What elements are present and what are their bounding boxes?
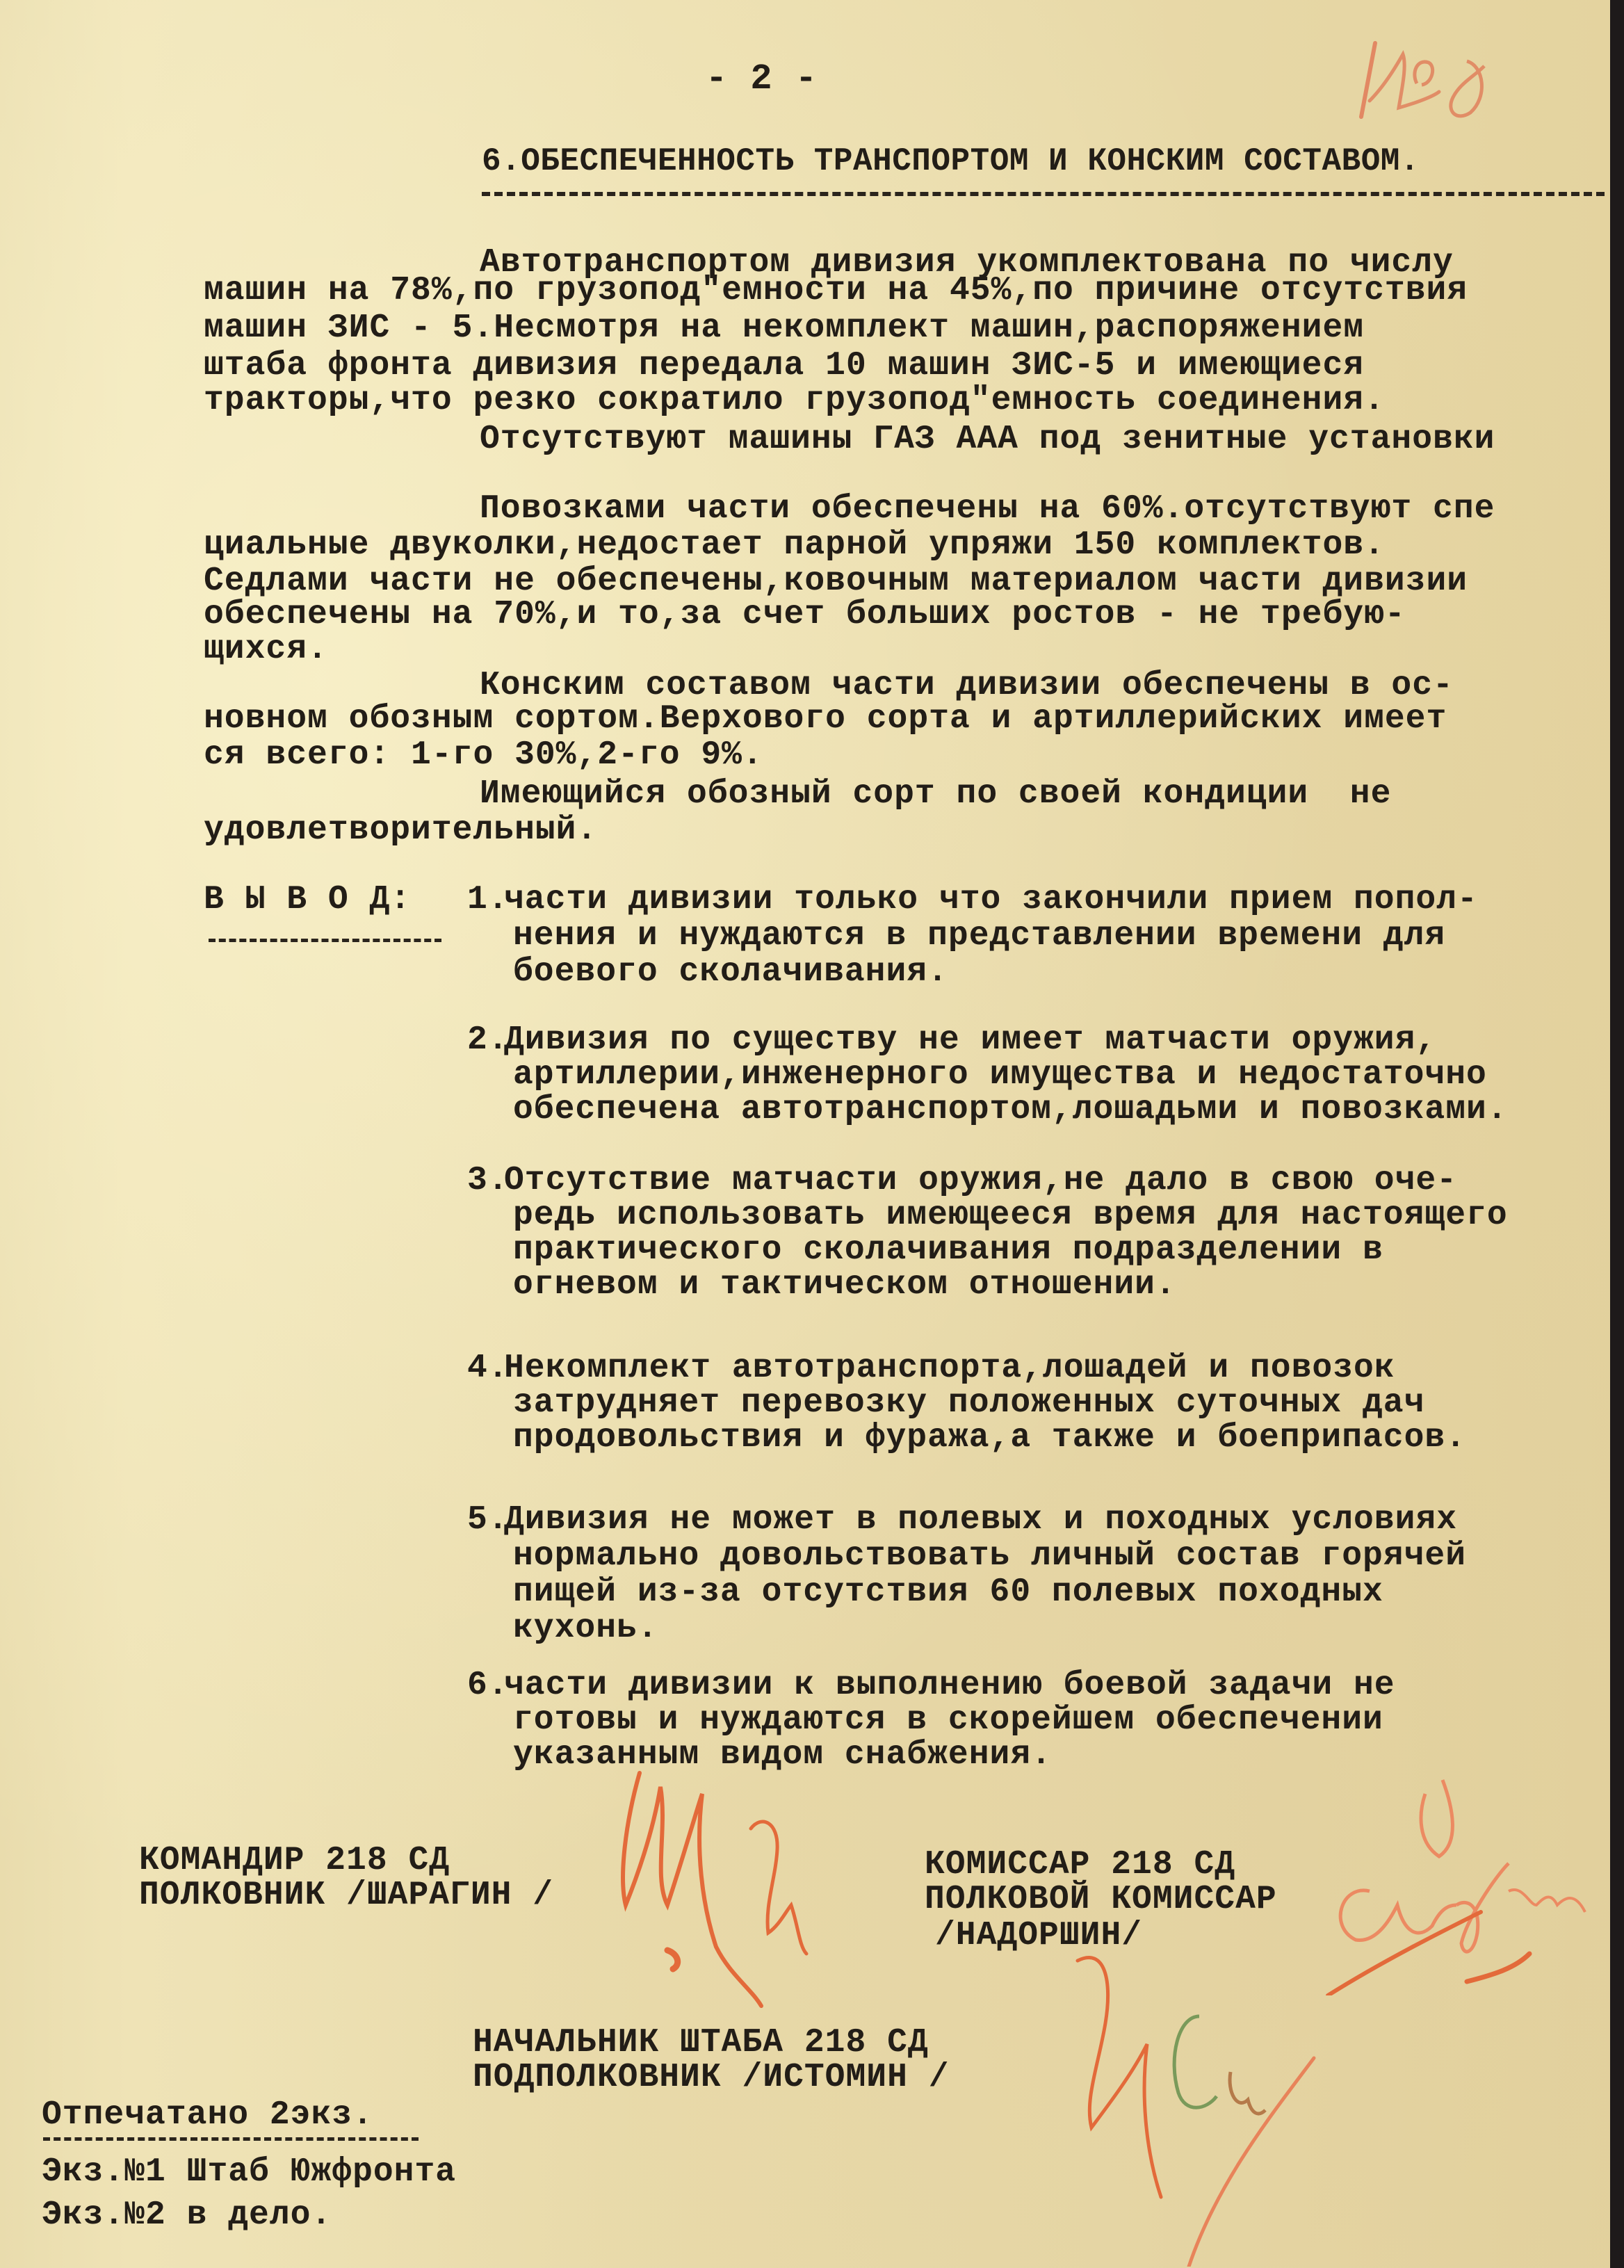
conclusion-item-line: артиллерии,инженерного имущества и недос… xyxy=(513,1057,1487,1093)
printed-copies-underline xyxy=(43,2137,419,2141)
paragraph-line: щихся. xyxy=(204,631,328,667)
archive-sheet-number-handwritten: 100 xyxy=(1335,35,1495,125)
chief-of-staff-rank-name: ПОДПОЛКОВНИК /ИСТОМИН / xyxy=(473,2059,950,2096)
section-heading: 6.ОБЕСПЕЧЕННОСТЬ ТРАНСПОРТОМ И КОНСКИМ С… xyxy=(482,143,1420,179)
conclusion-item-line: нормально довольствовать личный состав г… xyxy=(513,1538,1466,1574)
conclusion-item-line: затрудняет перевозку положенных суточных… xyxy=(513,1385,1424,1421)
commissar-title: КОМИССАР 218 СД xyxy=(925,1847,1235,1883)
paragraph-line: Седлами части не обеспечены,ковочным мат… xyxy=(204,563,1468,599)
conclusion-item-line: боевого сколачивания. xyxy=(513,954,948,990)
paragraph-line: обеспечены на 70%,и то,за счет больших р… xyxy=(204,597,1406,633)
conclusion-item-line: редь использовать имеющееся время для на… xyxy=(513,1197,1508,1233)
conclusion-item-number: 3. xyxy=(467,1163,509,1199)
printed-copies: Отпечатано 2экз. xyxy=(42,2097,373,2133)
paragraph-line: новном обозным сортом.Верхового сорта и … xyxy=(204,701,1447,737)
conclusion-item-line: готовы и нуждаются в скорейшем обеспечен… xyxy=(513,1702,1383,1738)
distribution-copy: Экз.№2 в дело. xyxy=(42,2197,332,2233)
paragraph-line: машин ЗИС - 5.Несмотря на некомплект маш… xyxy=(204,310,1364,346)
conclusion-label-underline xyxy=(209,939,441,942)
commander-rank-name: ПОЛКОВНИК /ШАРАГИН / xyxy=(139,1877,553,1913)
page-number: - 2 - xyxy=(706,61,818,97)
conclusion-item-line: практического сколачивания подразделении… xyxy=(513,1232,1383,1268)
chief-of-staff-signature xyxy=(1008,1919,1370,2267)
paragraph-line: Отсутствуют машины ГАЗ ААА под зенитные … xyxy=(480,421,1495,457)
conclusion-item-line: пищей из-за отсутствия 60 полевых походн… xyxy=(513,1574,1383,1610)
conclusion-item-line: части дивизии к выполнению боевой задачи… xyxy=(504,1667,1395,1703)
paragraph-line: тракторы,что резко сократило грузопод"ем… xyxy=(204,382,1385,419)
paragraph-line: машин на 78%,по грузопод"емности на 45%,… xyxy=(204,273,1468,309)
document-page: - 2 - 100 6.ОБЕСПЕЧЕННОСТЬ ТРАНСПОРТОМ И… xyxy=(0,0,1610,2268)
paragraph-line: Имеющийся обозный сорт по своей кондиции… xyxy=(480,776,1391,812)
conclusion-label: В Ы В О Д: xyxy=(204,882,411,918)
conclusion-item-line: нения и нуждаются в представлении времен… xyxy=(513,918,1445,954)
conclusion-item-line: Отсутствие матчасти оружия,не дало в сво… xyxy=(504,1163,1457,1199)
conclusion-item-line: обеспечена автотранспортом,лошадьми и по… xyxy=(513,1092,1508,1128)
conclusion-item-number: 5. xyxy=(467,1502,509,1538)
commander-title: КОМАНДИР 218 СД xyxy=(139,1842,450,1879)
distribution-copy: Экз.№1 Штаб Южфронта xyxy=(42,2154,456,2190)
commissar-rank: ПОЛКОВОЙ КОМИССАР xyxy=(925,1881,1277,1918)
conclusion-item-number: 4. xyxy=(467,1350,509,1386)
commander-signature xyxy=(612,1766,918,2044)
conclusion-item-line: Дивизия по существу не имеет матчасти ор… xyxy=(504,1022,1436,1058)
paragraph-line: ся всего: 1-го 30%,2-го 9%. xyxy=(204,737,763,773)
conclusion-item-line: Некомплект автотранспорта,лошадей и пово… xyxy=(504,1350,1395,1386)
conclusion-item-number: 6. xyxy=(467,1667,509,1703)
paragraph-line: удовлетворительный. xyxy=(204,812,597,848)
heading-underline xyxy=(482,192,1605,196)
paragraph-line: циальные двуколки,недостает парной упряж… xyxy=(204,527,1385,563)
paragraph-line: штаба фронта дивизия передала 10 машин З… xyxy=(204,348,1364,384)
conclusion-item-line: продовольствия и фуража,а также и боепри… xyxy=(513,1420,1466,1456)
conclusion-item-line: Дивизия не может в полевых и походных ус… xyxy=(504,1502,1457,1538)
conclusion-item-line: огневом и тактическом отношении. xyxy=(513,1267,1176,1303)
conclusion-item-line: кухонь. xyxy=(513,1610,658,1646)
paragraph-line: Конским составом части дивизии обеспечен… xyxy=(480,667,1454,704)
conclusion-item-line: части дивизии только что закончили прием… xyxy=(504,882,1478,918)
paragraph-line: Повозками части обеспечены на 60%.отсутс… xyxy=(480,491,1495,527)
conclusion-item-number: 1. xyxy=(467,882,509,918)
conclusion-item-number: 2. xyxy=(467,1022,509,1058)
